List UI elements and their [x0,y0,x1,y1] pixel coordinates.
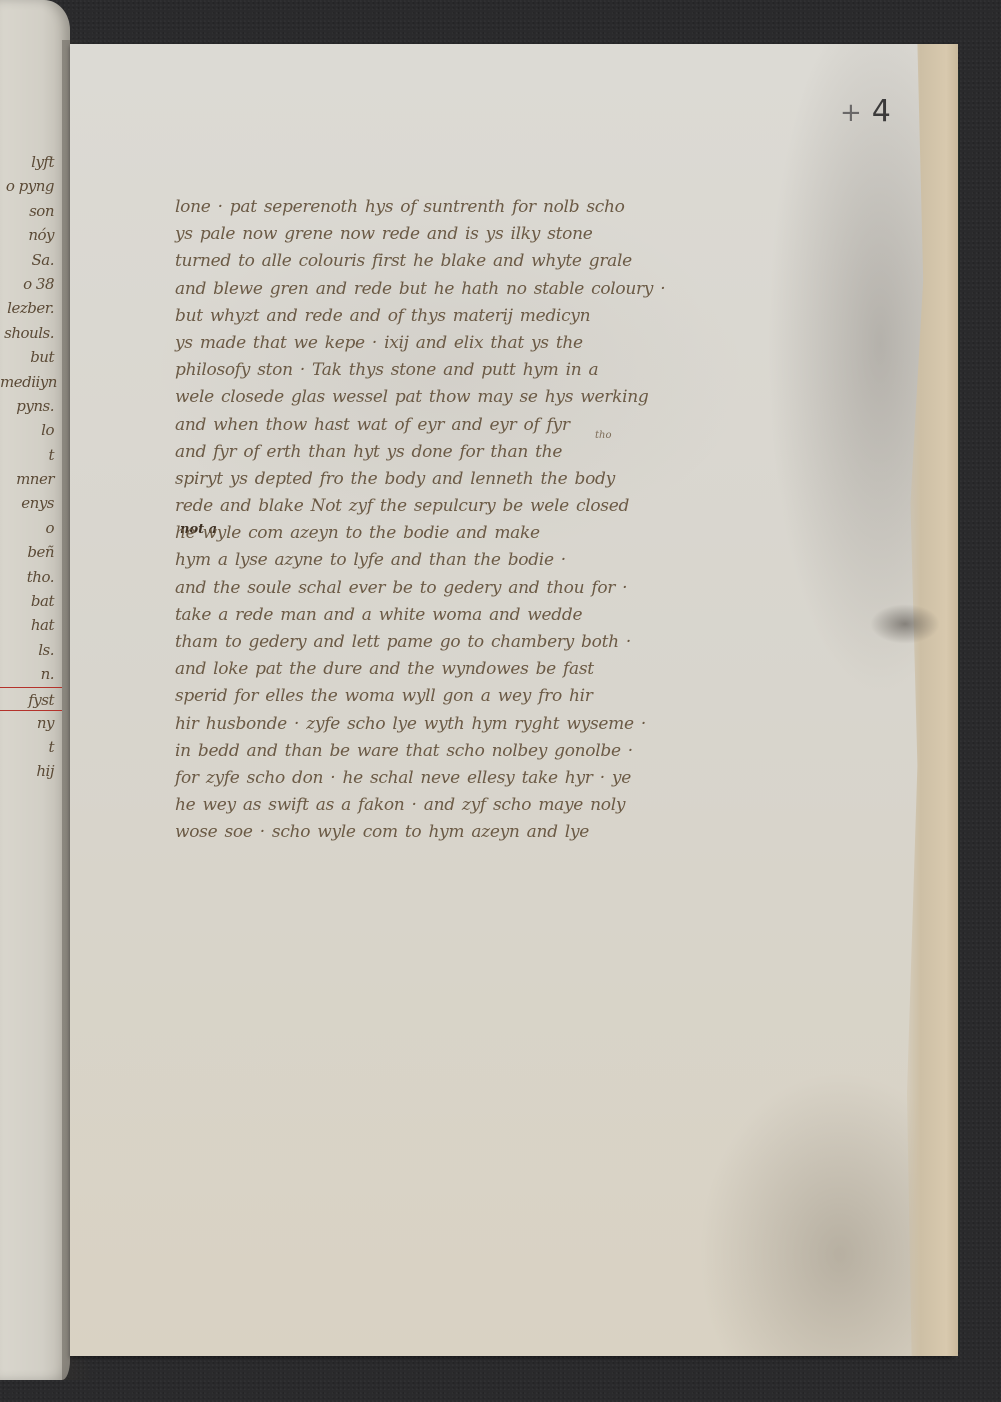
left-fragment-line: beñ [0,540,62,564]
left-fragment-line: but [0,345,62,369]
left-page-fragment: lyft o pyng son nóy Sa. o 38 lezber. sho… [0,0,70,1380]
left-fragment-line: mner [0,467,62,491]
left-fragment-line: o 38 [0,272,62,296]
text-line: hir husbonde · zyfe scho lye wyth hym ry… [175,711,855,738]
text-line: ys pale now grene now rede and is ys ilk… [175,221,855,248]
left-fragment-line: enys [0,491,62,515]
text-line: rede and blake Not zyf the sepulcury be … [175,493,855,520]
text-line: take a rede man and a white woma and wed… [175,602,855,629]
text-line: and fyr of erth than hyt ys done for tha… [175,439,855,466]
left-fragment-line: hij [0,759,62,783]
text-line: but whyzt and rede and of thys materij m… [175,303,855,330]
text-line: hym a lyse azyne to lyfe and than the bo… [175,547,855,574]
left-fragment-line: hat [0,613,62,637]
text-line: he wyle com azeyn to the bodie and make [175,520,855,547]
left-fragment-line: ny [0,711,62,735]
left-fragment-line: tho. [0,565,62,589]
text-line: tham to gedery and lett pame go to chamb… [175,629,855,656]
left-fragment-line: mediiyn [0,370,62,394]
text-line: and loke pat the dure and the wyndowes b… [175,656,855,683]
main-text-block: lone · pat seperenoth hys of suntrenth f… [175,194,855,847]
text-line: and blewe gren and rede but he hath no s… [175,276,855,303]
left-fragment-line: lo [0,418,62,442]
text-line: ys made that we kepe · ixij and elix tha… [175,330,855,357]
left-fragment-rubricated-line: fyst [0,687,62,711]
left-fragment-line: ls. [0,638,62,662]
left-fragment-line: shouls. [0,321,62,345]
folio-number-value: 4 [872,94,895,129]
text-line: turned to alle colouris first he blake a… [175,248,855,275]
ink-smudge [870,604,940,644]
text-line: he wey as swift as a fakon · and zyf sch… [175,792,855,819]
left-fragment-line: nóy [0,223,62,247]
left-fragment-line: o pyng [0,174,62,198]
manuscript-page: +4 not a tho lone · pat seperenoth hys o… [70,44,952,1356]
left-fragment-line: bat [0,589,62,613]
text-line: in bedd and than be ware that scho nolbe… [175,738,855,765]
left-fragment-line: t [0,443,62,467]
left-fragment-line: lyft [0,150,62,174]
text-line: wele closede glas wessel pat thow may se… [175,384,855,411]
text-line: and the soule schal ever be to gedery an… [175,575,855,602]
left-fragment-line: Sa. [0,248,62,272]
folio-cross-mark: + [840,98,866,128]
text-line: philosofy ston · Tak thys stone and putt… [175,357,855,384]
text-line: sperid for elles the woma wyll gon a wey… [175,683,855,710]
left-fragment-line: t [0,735,62,759]
text-line: wose soe · scho wyle com to hym azeyn an… [175,819,855,846]
left-fragment-line: o [0,516,62,540]
folio-number: +4 [840,94,895,129]
text-line: for zyfe scho don · he schal neve ellesy… [175,765,855,792]
left-fragment-line: lezber. [0,296,62,320]
left-fragment-line: pyns. [0,394,62,418]
text-line: lone · pat seperenoth hys of suntrenth f… [175,194,855,221]
left-fragment-line: son [0,199,62,223]
left-page-text: lyft o pyng son nóy Sa. o 38 lezber. sho… [0,150,62,784]
left-fragment-line: n. [0,662,62,686]
damaged-page-edge [900,44,958,1356]
text-line: and when thow hast wat of eyr and eyr of… [175,412,855,439]
text-line: spiryt ys depted fro the body and lennet… [175,466,855,493]
